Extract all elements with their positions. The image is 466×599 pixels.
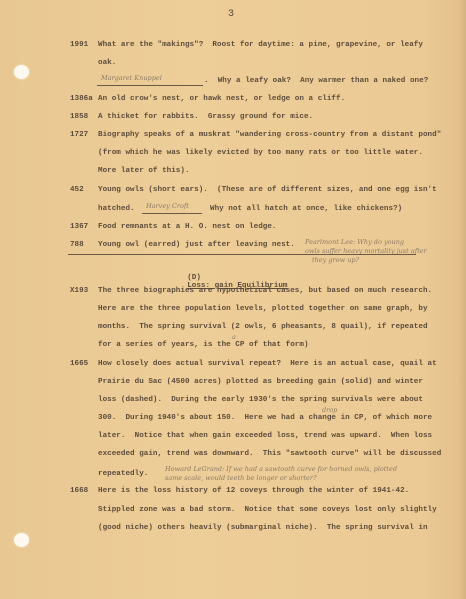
entry-text: exceeded gain, trend was downward. This … <box>98 450 441 458</box>
entry-text: months. The spring survival (2 owls, 6 p… <box>98 323 428 331</box>
entry-text: (good niche) others heavily (submarginal… <box>98 524 428 532</box>
entry-number: 1991 <box>70 41 88 49</box>
entry-text: The three biographies are hypothetical c… <box>98 287 432 295</box>
punch-hole-bottom <box>14 533 29 547</box>
entry-text: Here is the loss history of 12 coveys th… <box>98 487 409 495</box>
entry-text: 300. During 1940's about 150. Here we ha… <box>98 414 432 422</box>
entry-text: Stippled zone was a bad storm. Notice th… <box>98 506 437 514</box>
entry-text: . Why a leafy oak? Any warmer than a nak… <box>204 77 428 85</box>
entry-number: 788 <box>70 241 84 249</box>
entry-text: An old crow's nest, or hawk nest, or led… <box>98 95 345 103</box>
entry-text: hatched. <box>98 205 135 213</box>
entry-number: 452 <box>70 186 84 194</box>
entry-text: loss (dashed). During the early 1930's t… <box>98 396 423 404</box>
entry-text: (from which he was likely evicted by too… <box>98 149 423 157</box>
page-edge-shadow <box>458 0 466 599</box>
entry-text: Young owl (earred) just after leaving ne… <box>98 241 295 249</box>
entry-text: later. Notice that when gain exceeded lo… <box>98 432 432 440</box>
handwritten-note: same scale, would teeth be longer or sho… <box>165 474 316 482</box>
entry-text: Young owls (short ears). (These are of d… <box>98 186 437 194</box>
entry-text: Why not all hatch at once, like chickens… <box>210 205 402 213</box>
punch-hole-top <box>14 65 29 79</box>
entry-number: 1858 <box>70 113 88 121</box>
blank-underline <box>97 85 203 86</box>
entry-number: 1386a <box>70 95 93 103</box>
entry-text: More later of this). <box>98 167 190 175</box>
entry-text: Here are the three population levels, pl… <box>98 305 428 313</box>
handwritten-note: Pearlmont Lee: Why do young <box>305 238 404 246</box>
entry-text: Biography speaks of a muskrat "wandering… <box>98 131 441 139</box>
entry-number: 1367 <box>70 223 88 231</box>
entry-text: A thicket for rabbits. Grassy ground for… <box>98 113 313 121</box>
handwritten-insert: drop <box>322 406 337 414</box>
section-divider <box>68 254 416 255</box>
section-label: (D) <box>187 274 201 282</box>
handwritten-note: Howard LeGrand: If we had a sawtooth cur… <box>165 465 397 473</box>
handwritten-name: Harvey Croft <box>146 202 189 210</box>
entry-text: Prairie du Sac (4500 acres) plotted as b… <box>98 378 423 386</box>
document-page: 3 1991 What are the "makings"? Roost for… <box>0 0 466 599</box>
page-number: 3 <box>228 9 234 20</box>
handwritten-name: Margaret Knuppel <box>101 74 162 82</box>
handwritten-note: they grow up? <box>312 256 359 264</box>
entry-text: How closely does actual survival repeat?… <box>98 360 437 368</box>
handwritten-insert: a <box>232 333 236 341</box>
entry-number: 1668 <box>70 487 88 495</box>
entry-text: What are the "makings"? Roost for daytim… <box>98 41 423 49</box>
entry-text: for a series of years, is the CP of that… <box>98 341 309 349</box>
entry-number: X193 <box>70 287 88 295</box>
entry-text: repeatedly. <box>98 470 148 478</box>
entry-number: 1727 <box>70 131 88 139</box>
entry-number: 1665 <box>70 360 88 368</box>
entry-text: Food remnants at a H. O. nest on ledge. <box>98 223 277 231</box>
entry-text: oak. <box>98 59 116 67</box>
blank-underline <box>142 213 202 214</box>
